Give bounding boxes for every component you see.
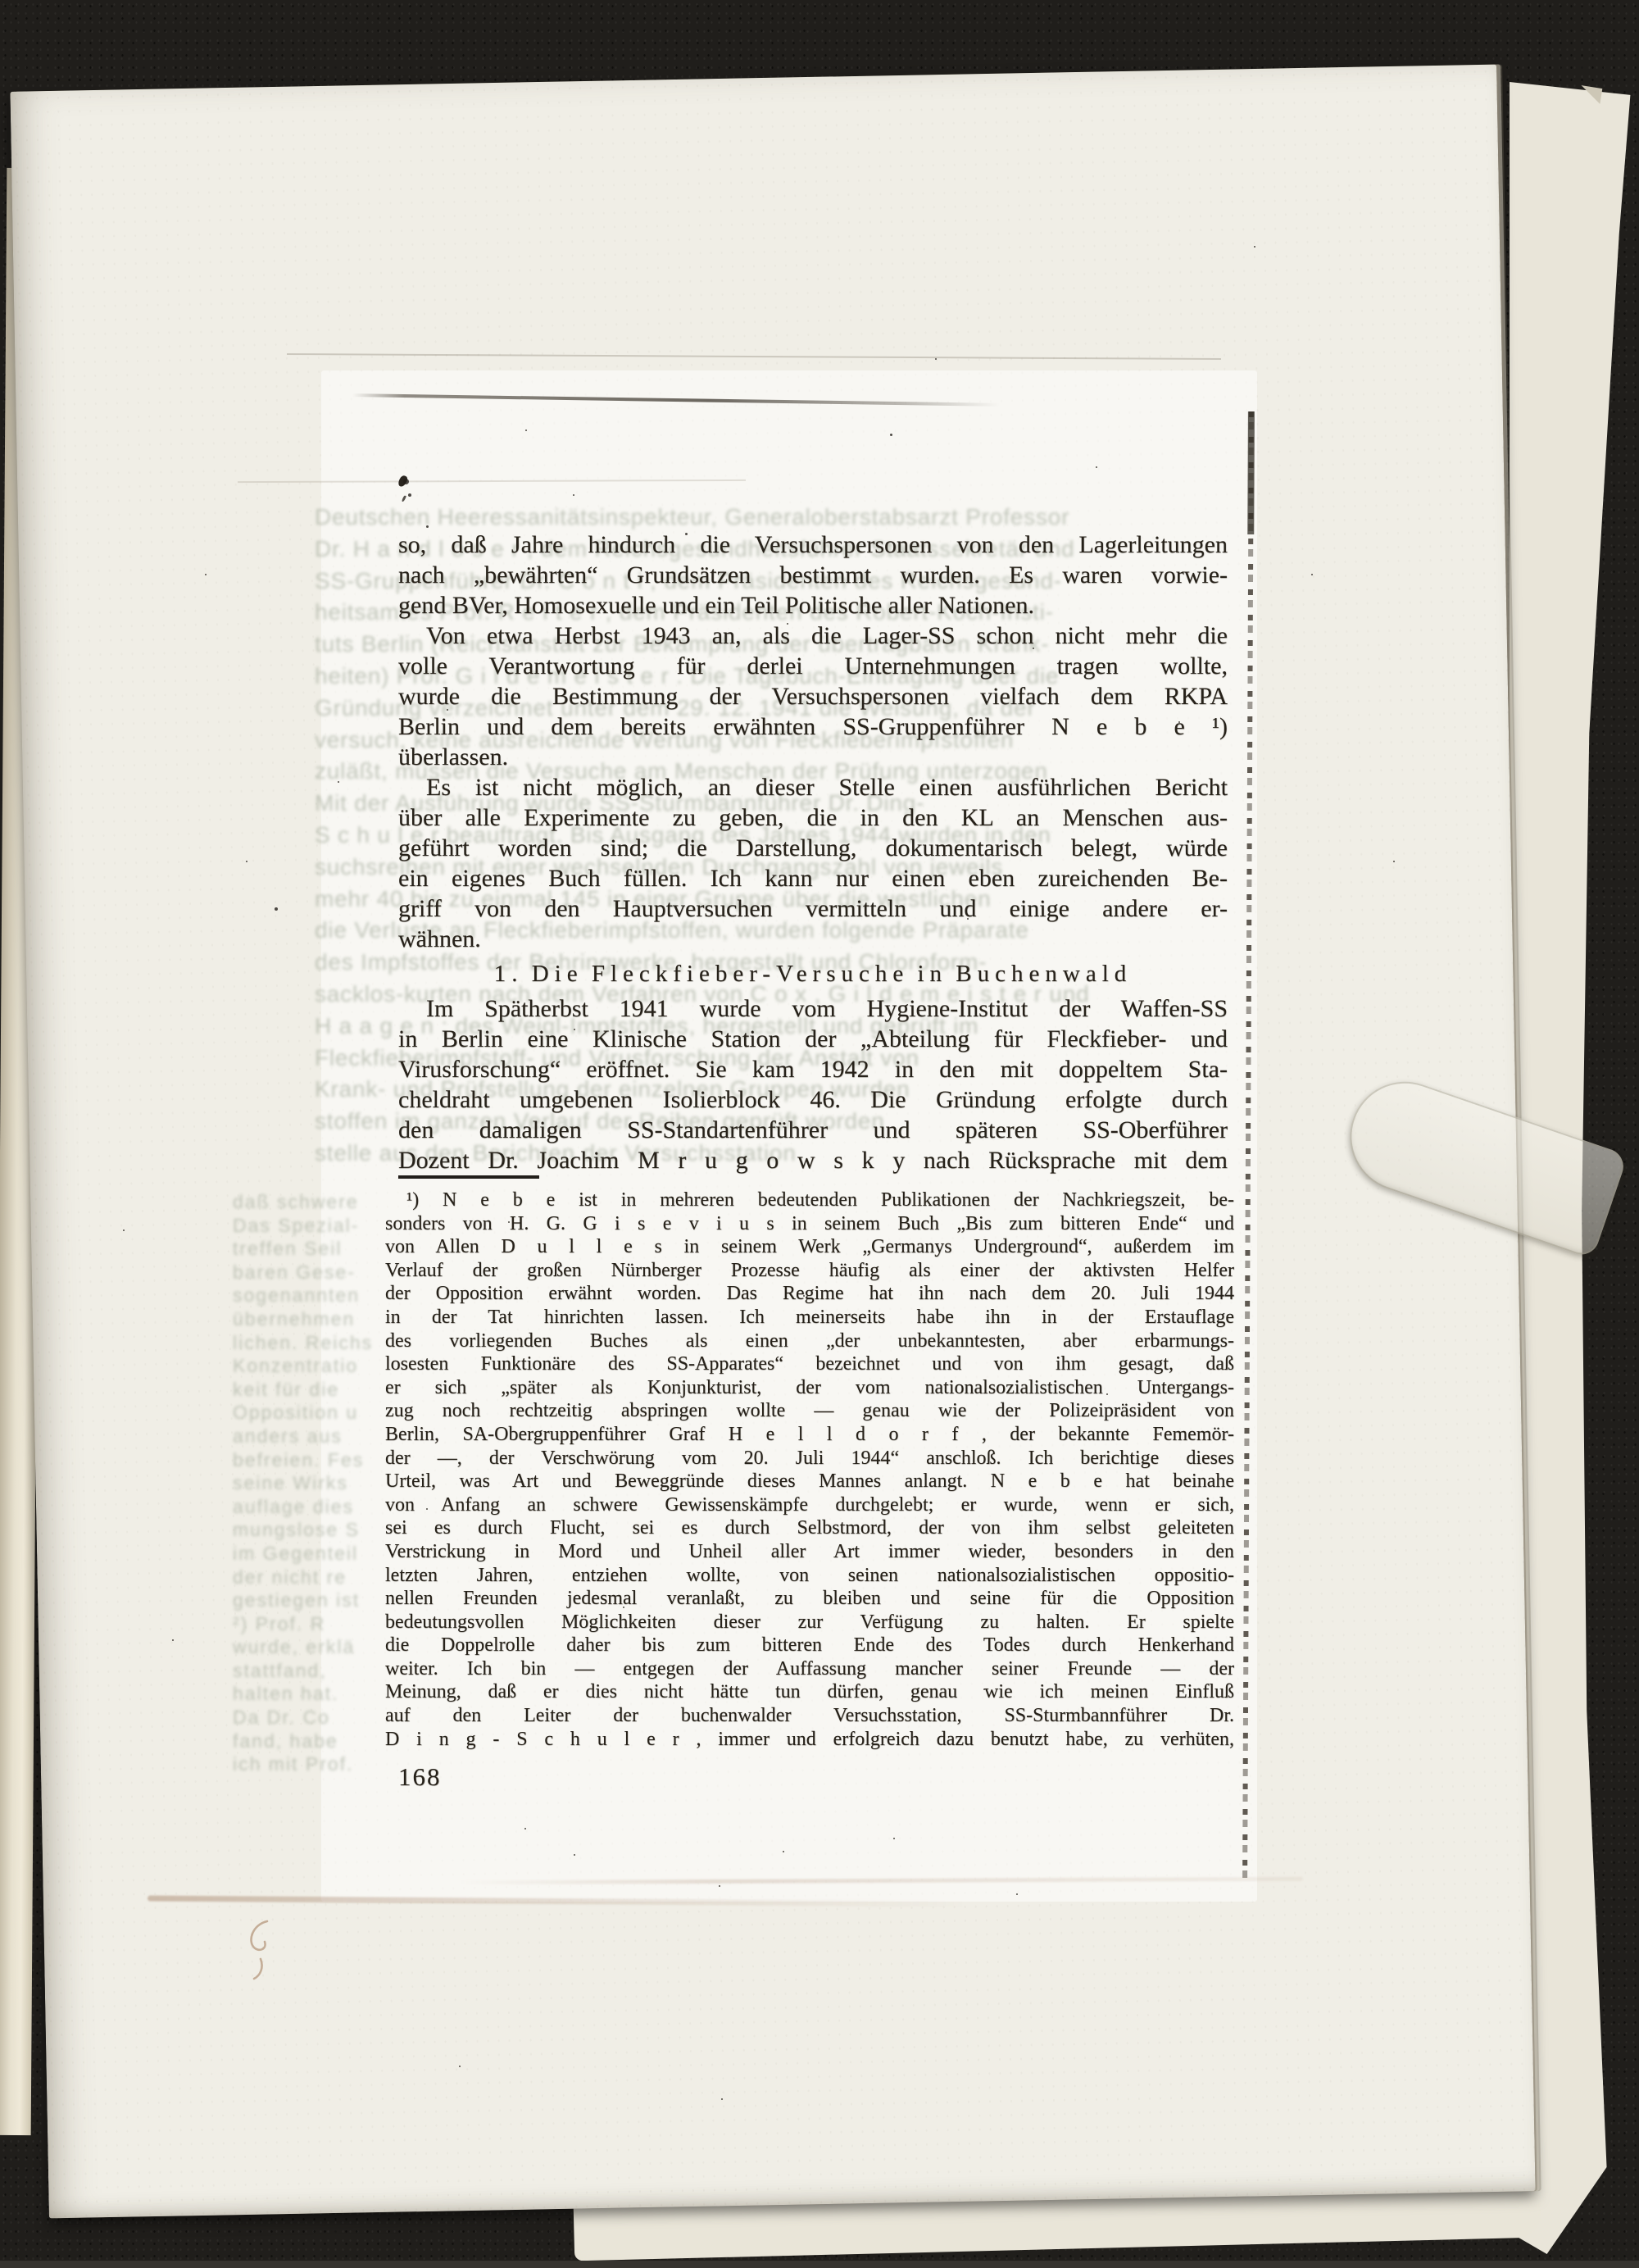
text-line: wurde die Bestimmung der Versuchspersone… (398, 681, 1228, 711)
ink-speck (967, 918, 969, 920)
paragraph: Von etwa Herbst 1943 an, als die Lager-S… (398, 620, 1228, 772)
footnote-line: sei es durch Flucht, sei es durch Selbst… (385, 1516, 1234, 1540)
ghost-line: ich mit Prof. (233, 1752, 395, 1776)
text-line: wähnen. (398, 924, 1228, 954)
ink-speck (275, 907, 278, 911)
ink-speck (1096, 466, 1097, 468)
ink-speck (573, 494, 574, 496)
bleed-through-text-footnote: daß schwereDas Spezial-treffen Seilbaren… (233, 1190, 395, 1776)
footnote-line: von Allen D u l l e s in seinem Werk „Ge… (385, 1235, 1234, 1259)
ink-speck (983, 1689, 985, 1690)
ink-speck (447, 709, 448, 711)
text-line: volle Verantwortung für derlei Unternehm… (398, 651, 1228, 681)
ink-speck (524, 1828, 526, 1829)
text-line: nach „bewährten“ Grundsätzen bestimmt wu… (398, 560, 1228, 590)
ghost-line: Das Spezial- (233, 1214, 395, 1238)
ghost-line: halten hat. (233, 1682, 395, 1706)
ink-speck (408, 493, 411, 497)
footnote-line: bedeutungsvollen Möglichkeiten dieser zu… (385, 1611, 1234, 1634)
footnote-line: losesten Funktionäre des SS-Apparates“ b… (385, 1352, 1234, 1376)
page-number: 168 (398, 1762, 442, 1792)
footnote-line: ¹) N e b e ist in mehreren bedeutenden P… (385, 1189, 1234, 1212)
ghost-line: daß schwere (233, 1190, 395, 1214)
ink-speck (1016, 1893, 1018, 1895)
ink-speck (574, 1854, 575, 1856)
footnote-text: ¹) N e b e ist in mehreren bedeutenden P… (385, 1189, 1234, 1751)
ghost-line: treffen Seil (233, 1237, 395, 1261)
footnote-line: er sich „später als Konjunkturist, der v… (385, 1376, 1234, 1400)
ghost-line: Opposition u (233, 1401, 395, 1425)
footnote-line: in der Tat hinrichten lassen. Ich meiner… (385, 1306, 1234, 1329)
footnote-line: Urteil, was Art und Beweggründe dieses M… (385, 1470, 1234, 1493)
text-line: in Berlin eine Klinische Station der „Ab… (398, 1024, 1228, 1054)
ghost-line: übernehmen (233, 1307, 395, 1331)
paragraph: so, daß Jahre hindurch die Versuchsperso… (398, 530, 1228, 620)
ink-speck (721, 2098, 723, 2100)
ghost-line: anders aus (233, 1425, 395, 1448)
footnote-line: weiter. Ich bin — entgegen der Auffassun… (385, 1657, 1234, 1681)
footnote-line: Meinung, daß er dies nicht hätte tun dür… (385, 1680, 1234, 1704)
text-line: überlassen. (398, 742, 1228, 772)
text-line: ein eigenes Buch füllen. Ich kann nur ei… (398, 863, 1228, 893)
footnote-rule (398, 1175, 539, 1179)
text-line: den damaligen SS-Standartenführer und sp… (398, 1115, 1228, 1145)
scan-bottom-edge (0, 2261, 1639, 2268)
ink-speck (1254, 246, 1255, 248)
ink-speck (1393, 861, 1395, 862)
ghost-line: ²) Prof. R (233, 1612, 395, 1636)
text-line: geführt worden sind; die Darstellung, do… (398, 833, 1228, 863)
ink-speck (205, 574, 207, 575)
text-line: Virusforschung“ eröffnet. Sie kam 1942 i… (398, 1054, 1228, 1084)
footnote-line: zug noch rechtzeitig abspringen wollte —… (385, 1399, 1234, 1423)
footnote-line: der —, der Verschwörung vom 20. Juli 194… (385, 1447, 1234, 1470)
ghost-line: befreien. Fes (233, 1448, 395, 1472)
scanned-book-photo: Deutschen Heeressanitätsinspekteur, Gene… (0, 0, 1639, 2268)
ghost-line: sogenannten (233, 1284, 395, 1307)
ink-speck (1311, 574, 1313, 575)
ghost-line: auflage dies (233, 1495, 395, 1519)
ink-speck (890, 434, 892, 436)
text-line: Im Spätherbst 1941 wurde vom Hygiene-Ins… (398, 993, 1228, 1024)
ink-speck (719, 1885, 720, 1887)
footnote-line: sonders von H. G. G i s e v i u s in sei… (385, 1212, 1234, 1236)
text-line: griff von den Hauptversuchen vermitteln … (398, 893, 1228, 924)
ink-speck (783, 1851, 784, 1852)
text-line: Von etwa Herbst 1943 an, als die Lager-S… (398, 620, 1228, 651)
ghost-line: im Gegenteil (233, 1542, 395, 1566)
ink-speck (246, 861, 247, 862)
text-line: über alle Experimente zu geben, die in d… (398, 802, 1228, 833)
footnote-line: auf den Leiter der buchenwalder Versuchs… (385, 1704, 1234, 1728)
text-line: Es ist nicht möglich, an dieser Stelle e… (398, 772, 1228, 802)
footnote-line: Verlauf der großen Nürnberger Prozesse h… (385, 1259, 1234, 1283)
ink-speck (508, 1221, 510, 1223)
handwritten-mark (243, 1916, 292, 1990)
ghost-line: Da Dr. Co (233, 1706, 395, 1729)
ink-speck (172, 1639, 174, 1641)
ink-speck (459, 2066, 461, 2067)
ink-speck (338, 781, 339, 783)
ink-speck (426, 525, 429, 528)
footnote-line: Berlin, SA-Obergruppenführer Graf H e l … (385, 1423, 1234, 1447)
paragraph: Es ist nicht möglich, an dieser Stelle e… (398, 772, 1228, 954)
ink-speck (787, 623, 788, 625)
folded-corner (1579, 85, 1603, 104)
section-heading: 1. Die Fleckfieber-Versuche in Buchenwal… (398, 957, 1228, 991)
ink-speck (403, 479, 409, 484)
ink-speck (525, 430, 527, 431)
main-text: so, daß Jahre hindurch die Versuchsperso… (398, 530, 1228, 1175)
ghost-line: seine Wirks (233, 1471, 395, 1495)
footnote-line: der Opposition erwähnt worden. Das Regim… (385, 1282, 1234, 1306)
ghost-line: baren Gese- (233, 1261, 395, 1284)
ghost-line: Konzentratio (233, 1354, 395, 1378)
footnote-line: D i n g - S c h u l e r , immer und erfo… (385, 1728, 1234, 1752)
ghost-line: stattfand, (233, 1659, 395, 1683)
ink-speck (1033, 648, 1034, 649)
ghost-line: Deutschen Heeressanitätsinspekteur, Gene… (315, 502, 1254, 534)
ghost-line: keit für die (233, 1378, 395, 1402)
ink-speck (893, 1838, 895, 1839)
ink-speck (574, 1029, 575, 1030)
ink-speck (426, 1508, 428, 1510)
footnote-line: nellen Freunden jedesmal veranlaßt, zu b… (385, 1587, 1234, 1611)
footnote-line: von Anfang an schwere Gewissenskämpfe du… (385, 1493, 1234, 1517)
ghost-line: fand, habe (233, 1729, 395, 1753)
text-line: gend BVer, Homosexuelle und ein Teil Pol… (398, 590, 1228, 620)
text-line: so, daß Jahre hindurch die Versuchsperso… (398, 530, 1228, 560)
ink-speck (1178, 721, 1180, 723)
ghost-line: der nicht re (233, 1566, 395, 1589)
text-line: Dozent Dr. Joachim M r u g o w s k y nac… (398, 1145, 1228, 1175)
text-line: Berlin und dem bereits erwähnten SS-Grup… (398, 711, 1228, 742)
ink-speck (1106, 1393, 1108, 1395)
footnote-line: letzten Jahren, entziehen wollte, von se… (385, 1564, 1234, 1588)
ink-speck (803, 1295, 805, 1297)
ink-speck (623, 1607, 624, 1608)
paragraph: Im Spätherbst 1941 wurde vom Hygiene-Ins… (398, 993, 1228, 1175)
footnote-line: des vorliegenden Buches als einen „der u… (385, 1329, 1234, 1353)
ink-speck (685, 533, 688, 535)
ghost-line: wurde, erklä (233, 1635, 395, 1659)
text-line: cheldraht umgebenen Isolierblock 46. Die… (398, 1084, 1228, 1115)
ink-speck (935, 358, 937, 360)
ghost-line: gestiegen ist (233, 1589, 395, 1612)
ghost-line: mungslose S (233, 1518, 395, 1542)
footnote-line: die Doppelrolle daher bis zum bitteren E… (385, 1634, 1234, 1657)
ghost-line: lichen. Reichs (233, 1331, 395, 1355)
footnote-line: Verstrickung in Mord und Unheil aller Ar… (385, 1540, 1234, 1564)
ink-speck (123, 1229, 125, 1231)
